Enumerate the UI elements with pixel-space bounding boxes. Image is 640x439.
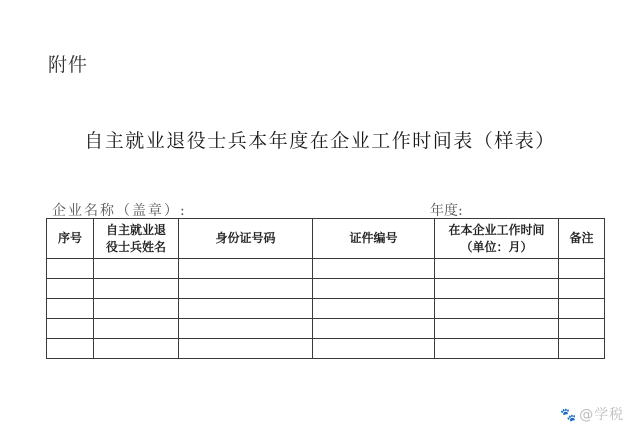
table-cell xyxy=(559,299,605,319)
header-remarks: 备注 xyxy=(559,219,605,259)
table-cell xyxy=(559,319,605,339)
watermark: 🐾@学税 xyxy=(560,404,624,424)
table-cell xyxy=(179,259,313,279)
table-row xyxy=(47,319,605,339)
table-cell xyxy=(47,279,94,299)
table-cell xyxy=(435,279,559,299)
table-cell xyxy=(47,319,94,339)
work-time-table: 序号 自主就业退 役士兵姓名 身份证号码 证件编号 在本企业工作时间 （单位：月… xyxy=(46,218,605,359)
table-cell xyxy=(435,339,559,359)
table-cell xyxy=(94,259,179,279)
table-cell xyxy=(47,339,94,359)
header-name-line2: 役士兵姓名 xyxy=(94,239,178,256)
table-cell xyxy=(559,279,605,299)
table-row xyxy=(47,259,605,279)
table-cell xyxy=(313,259,435,279)
table-cell xyxy=(47,259,94,279)
company-name-label: 企业名称（盖章）: xyxy=(52,200,187,220)
table-cell xyxy=(313,299,435,319)
table-cell xyxy=(94,319,179,339)
header-name-line1: 自主就业退 xyxy=(94,222,178,239)
header-id-number: 身份证号码 xyxy=(179,219,313,259)
header-veteran-name: 自主就业退 役士兵姓名 xyxy=(94,219,179,259)
table-cell xyxy=(94,279,179,299)
table-cell xyxy=(313,319,435,339)
paw-icon: 🐾 xyxy=(560,408,577,423)
header-serial-number: 序号 xyxy=(47,219,94,259)
table-cell xyxy=(435,319,559,339)
page-title: 自主就业退役士兵本年度在企业工作时间表（样表） xyxy=(0,126,640,153)
header-certificate-number: 证件编号 xyxy=(313,219,435,259)
watermark-text: @学税 xyxy=(579,407,624,423)
table-cell xyxy=(179,279,313,299)
table-row xyxy=(47,339,605,359)
table-header-row: 序号 自主就业退 役士兵姓名 身份证号码 证件编号 在本企业工作时间 （单位：月… xyxy=(47,219,605,259)
table-cell xyxy=(559,259,605,279)
table-cell xyxy=(179,339,313,359)
header-work-time: 在本企业工作时间 （单位：月） xyxy=(435,219,559,259)
table-cell xyxy=(94,339,179,359)
table-cell xyxy=(313,279,435,299)
header-time-line2: （单位：月） xyxy=(435,239,558,256)
table-row xyxy=(47,279,605,299)
year-label: 年度: xyxy=(430,200,463,220)
table-cell xyxy=(179,299,313,319)
table-row xyxy=(47,299,605,319)
header-time-line1: 在本企业工作时间 xyxy=(435,222,558,239)
table-cell xyxy=(47,299,94,319)
table-cell xyxy=(559,339,605,359)
table-cell xyxy=(435,299,559,319)
table-cell xyxy=(313,339,435,359)
table-cell xyxy=(435,259,559,279)
table-cell xyxy=(179,319,313,339)
table-cell xyxy=(94,299,179,319)
attachment-label: 附件 xyxy=(48,50,88,77)
